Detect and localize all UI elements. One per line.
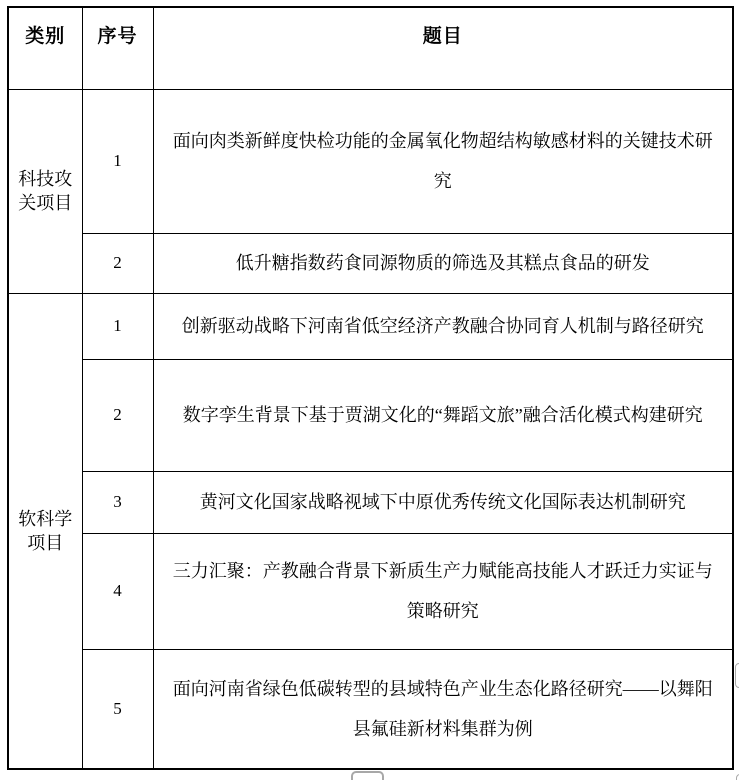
title-text: 黄河文化国家战略视域下中原优秀传统文化国际表达机制研究 (171, 482, 715, 522)
table-row: 5 面向河南省绿色低碳转型的县域特色产业生态化路径研究——以舞阳县氟硅新材料集群… (8, 649, 733, 769)
title-text: 面向河南省绿色低碳转型的县域特色产业生态化路径研究——以舞阳县氟硅新材料集群为例 (171, 669, 715, 749)
serial-cell: 3 (82, 471, 153, 533)
table-row: 2 低升糖指数药食同源物质的筛选及其糕点食品的研发 (8, 233, 733, 293)
title-text: 三力汇聚：产教融合背景下新质生产力赋能高技能人才跃迁力实证与策略研究 (171, 551, 715, 631)
header-serial: 序号 (82, 7, 153, 89)
title-cell: 面向肉类新鲜度快检功能的金属氧化物超结构敏感材料的关键技术研究 (153, 89, 733, 233)
table-row: 科技攻关项目 1 面向肉类新鲜度快检功能的金属氧化物超结构敏感材料的关键技术研究 (8, 89, 733, 233)
table-row: 软科学项目 1 创新驱动战略下河南省低空经济产教融合协同育人机制与路径研究 (8, 293, 733, 359)
serial-cell: 4 (82, 533, 153, 649)
header-title: 题目 (153, 7, 733, 89)
category-label: 科技攻关项目 (16, 167, 74, 215)
title-text: 创新驱动战略下河南省低空经济产教融合协同育人机制与路径研究 (171, 306, 715, 346)
title-cell: 黄河文化国家战略视域下中原优秀传统文化国际表达机制研究 (153, 471, 733, 533)
serial-cell: 1 (82, 89, 153, 233)
table-header-row: 类别 序号 题目 (8, 7, 733, 89)
title-cell: 数字孪生背景下基于贾湖文化的“舞蹈文旅”融合活化模式构建研究 (153, 359, 733, 471)
category-cell-soft-science: 软科学项目 (8, 293, 82, 769)
title-cell: 三力汇聚：产教融合背景下新质生产力赋能高技能人才跃迁力实证与策略研究 (153, 533, 733, 649)
category-label: 软科学项目 (16, 507, 74, 555)
serial-cell: 2 (82, 359, 153, 471)
title-cell: 低升糖指数药食同源物质的筛选及其糕点食品的研发 (153, 233, 733, 293)
project-list-table: 类别 序号 题目 科技攻关项目 1 面向肉类新鲜度快检功能的金属氧化物超结构敏感… (7, 6, 734, 770)
side-handle-fragment[interactable] (735, 663, 739, 688)
serial-cell: 5 (82, 649, 153, 769)
title-text: 数字孪生背景下基于贾湖文化的“舞蹈文旅”融合活化模式构建研究 (171, 395, 715, 435)
page-control-fragment[interactable] (351, 771, 384, 780)
table-row: 4 三力汇聚：产教融合背景下新质生产力赋能高技能人才跃迁力实证与策略研究 (8, 533, 733, 649)
title-cell: 创新驱动战略下河南省低空经济产教融合协同育人机制与路径研究 (153, 293, 733, 359)
title-text: 低升糖指数药食同源物质的筛选及其糕点食品的研发 (171, 243, 715, 283)
serial-cell: 1 (82, 293, 153, 359)
title-text: 面向肉类新鲜度快检功能的金属氧化物超结构敏感材料的关键技术研究 (171, 121, 715, 201)
category-cell-tech-project: 科技攻关项目 (8, 89, 82, 293)
serial-cell: 2 (82, 233, 153, 293)
header-category: 类别 (8, 7, 82, 89)
table-row: 2 数字孪生背景下基于贾湖文化的“舞蹈文旅”融合活化模式构建研究 (8, 359, 733, 471)
table-row: 3 黄河文化国家战略视域下中原优秀传统文化国际表达机制研究 (8, 471, 733, 533)
title-cell: 面向河南省绿色低碳转型的县域特色产业生态化路径研究——以舞阳县氟硅新材料集群为例 (153, 649, 733, 769)
